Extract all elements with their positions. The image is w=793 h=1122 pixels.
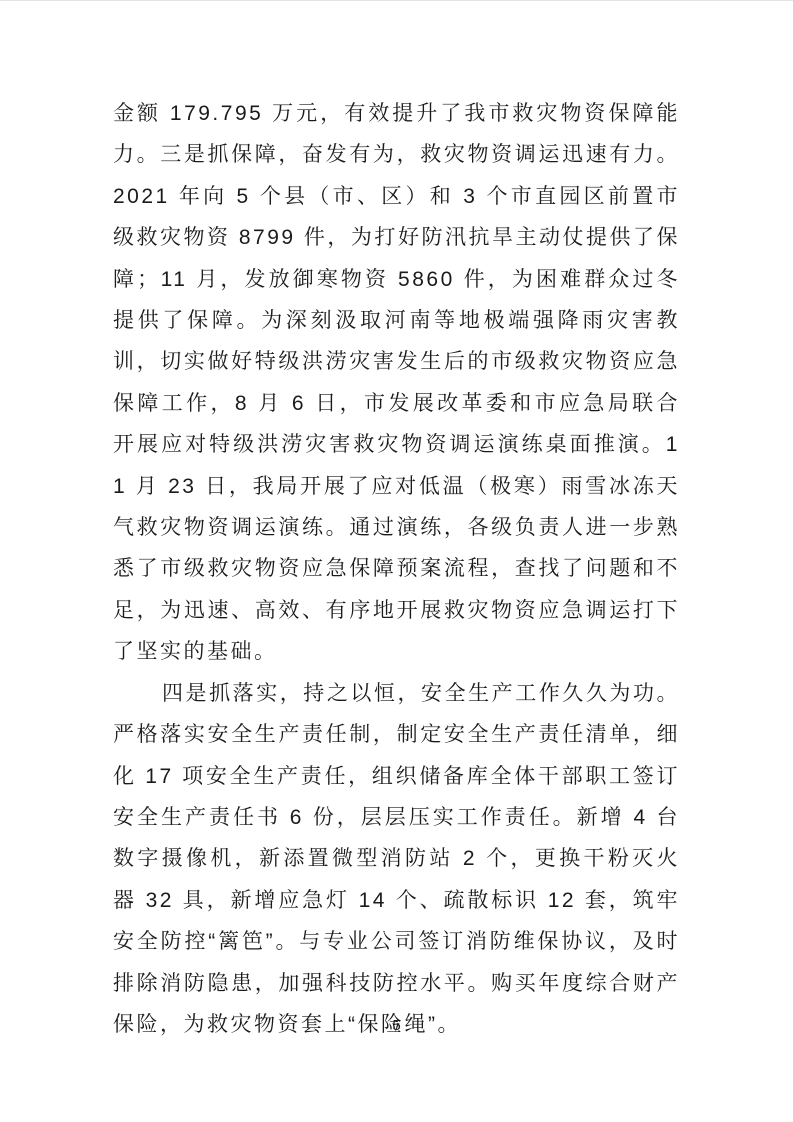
document-body: 金额 179.795 万元，有效提升了我市救灾物资保障能力。三是抓保障，奋发有为…: [113, 93, 680, 1045]
page-number: 5: [392, 1017, 400, 1034]
paragraph-fourth-point: 四是抓落实，持之以恒，安全生产工作久久为功。严格落实安全生产责任制，制定安全生产…: [113, 673, 680, 1046]
page-footer: 5: [0, 1017, 793, 1035]
document-page: 金额 179.795 万元，有效提升了我市救灾物资保障能力。三是抓保障，奋发有为…: [0, 0, 793, 1122]
paragraph-continuation: 金额 179.795 万元，有效提升了我市救灾物资保障能力。三是抓保障，奋发有为…: [113, 93, 680, 673]
